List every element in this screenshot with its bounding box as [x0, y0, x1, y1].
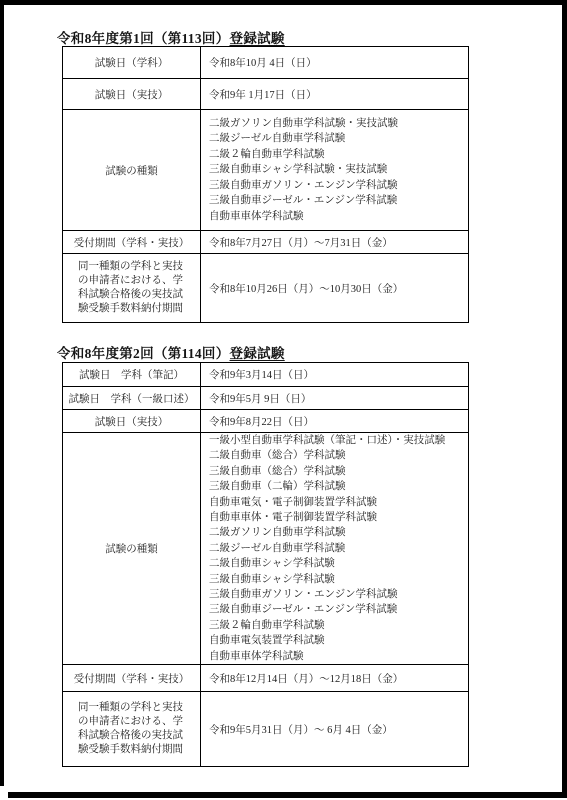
row-label: 試験日（学科）: [63, 47, 201, 79]
row-label: 試験日（実技）: [63, 410, 201, 433]
row-label: 同一種類の学科と実技 の申請者における、学 科試験合格後の実技試 験受験手数料納…: [63, 692, 201, 767]
table-row: 試験日 学科（筆記） 令和9年3月14日（日）: [63, 363, 469, 387]
table-row: 試験日 学科（一級口述） 令和9年5月 9日（日）: [63, 387, 469, 410]
exam-type-item: 三級自動車ジーゼル・エンジン学科試験: [209, 602, 464, 617]
exam-type-item: 三級自動車ガソリン・エンジン学科試験: [209, 587, 464, 602]
exam-type-item: 三級自動車シャシ学科試験: [209, 572, 464, 587]
row-label: 試験日 学科（筆記）: [63, 363, 201, 387]
exam-type-item: 自動車車体学科試験: [209, 649, 464, 664]
row-value: 一級小型自動車学科試験（筆記・口述）・実技試験 二級自動車（総合）学科試験 三級…: [201, 433, 469, 665]
scan-edge-bottom: [8, 792, 567, 798]
exam-type-item: 自動車車体・電子制御装置学科試験: [209, 510, 464, 525]
table-row: 同一種類の学科と実技 の申請者における、学 科試験合格後の実技試 験受験手数料納…: [63, 254, 469, 323]
table-row: 試験日（実技） 令和9年8月22日（日）: [63, 410, 469, 433]
row-value: 令和8年10月 4日（日）: [201, 47, 469, 79]
row-label-line: 同一種類の学科と実技: [78, 260, 200, 274]
exam-type-item: 一級小型自動車学科試験（筆記・口述）・実技試験: [209, 433, 464, 448]
row-label: 試験の種類: [63, 433, 201, 665]
row-label: 試験の種類: [63, 110, 201, 231]
exam-type-item: 二級２輪自動車学科試験: [209, 147, 464, 162]
exam-type-item: 二級ガソリン自動車学科試験・実技試験: [209, 116, 464, 131]
exam-type-item: 自動車電気装置学科試験: [209, 633, 464, 648]
scan-edge-right: [562, 0, 567, 796]
exam-type-item: 三級自動車ジーゼル・エンジン学科試験: [209, 193, 464, 208]
row-value: 令和9年3月14日（日）: [201, 363, 469, 387]
row-label-line: 科試験合格後の実技試: [78, 729, 200, 743]
row-value: 令和8年10月26日（月）～10月30日（金）: [201, 254, 469, 323]
row-label: 試験日 学科（一級口述）: [63, 387, 201, 410]
row-label: 受付期間（学科・実技）: [63, 665, 201, 692]
row-label-line: 験受験手数料納付期間: [78, 743, 200, 757]
row-label-line: の申請者における、学: [78, 715, 200, 729]
exam-type-item: 三級自動車シャシ学科試験・実技試験: [209, 162, 464, 177]
row-label-line: 同一種類の学科と実技: [78, 701, 200, 715]
row-value: 令和9年5月 9日（日）: [201, 387, 469, 410]
row-value: 令和8年12月14日（月）～12月18日（金）: [201, 665, 469, 692]
table-row: 受付期間（学科・実技） 令和8年7月27日（月）～7月31日（金）: [63, 231, 469, 254]
scanned-document-page: 令和8年度第1回（第113回）登録試験 試験日（学科） 令和8年10月 4日（日…: [0, 0, 567, 800]
row-value: 令和8年7月27日（月）～7月31日（金）: [201, 231, 469, 254]
exam-schedule-table-1: 試験日（学科） 令和8年10月 4日（日） 試験日（実技） 令和9年 1月17日…: [62, 46, 469, 323]
exam-type-item: 自動車電気・電子制御装置学科試験: [209, 495, 464, 510]
row-label: 同一種類の学科と実技 の申請者における、学 科試験合格後の実技試 験受験手数料納…: [63, 254, 201, 323]
row-label: 受付期間（学科・実技）: [63, 231, 201, 254]
scan-edge-left: [0, 0, 4, 786]
row-value: 二級ガソリン自動車学科試験・実技試験 二級ジーゼル自動車学科試験 二級２輪自動車…: [201, 110, 469, 231]
exam-type-item: 二級自動車シャシ学科試験: [209, 556, 464, 571]
row-label-line: 科試験合格後の実技試: [78, 288, 200, 302]
section-1-title: 令和8年度第1回（第113回）登録試験: [57, 27, 285, 47]
table-row: 同一種類の学科と実技 の申請者における、学 科試験合格後の実技試 験受験手数料納…: [63, 692, 469, 767]
row-value: 令和9年5月31日（月）～ 6月 4日（金）: [201, 692, 469, 767]
table-row: 試験の種類 二級ガソリン自動車学科試験・実技試験 二級ジーゼル自動車学科試験 二…: [63, 110, 469, 231]
exam-type-item: 三級自動車（総合）学科試験: [209, 464, 464, 479]
section-2-title: 令和8年度第2回（第114回）登録試験: [57, 342, 285, 362]
row-value: 令和9年8月22日（日）: [201, 410, 469, 433]
table-row: 試験の種類 一級小型自動車学科試験（筆記・口述）・実技試験 二級自動車（総合）学…: [63, 433, 469, 665]
exam-type-item: 自動車車体学科試験: [209, 209, 464, 224]
row-label-line: の申請者における、学: [78, 274, 200, 288]
row-label-line: 験受験手数料納付期間: [78, 302, 200, 316]
table-row: 試験日（実技） 令和9年 1月17日（日）: [63, 79, 469, 110]
table-row: 試験日（学科） 令和8年10月 4日（日）: [63, 47, 469, 79]
row-value: 令和9年 1月17日（日）: [201, 79, 469, 110]
section-2-title-exam-name: 登録試験: [230, 346, 285, 361]
exam-type-item: 二級ジーゼル自動車学科試験: [209, 541, 464, 556]
section-2-title-prefix: 令和8年度第2回（第114回）: [57, 346, 230, 361]
exam-schedule-table-2: 試験日 学科（筆記） 令和9年3月14日（日） 試験日 学科（一級口述） 令和9…: [62, 362, 469, 767]
section-1-title-prefix: 令和8年度第1回（第113回）: [57, 31, 230, 46]
table-row: 受付期間（学科・実技） 令和8年12月14日（月）～12月18日（金）: [63, 665, 469, 692]
exam-type-item: 二級ガソリン自動車学科試験: [209, 525, 464, 540]
section-1-title-exam-name: 登録試験: [230, 31, 285, 46]
exam-type-item: 三級２輪自動車学科試験: [209, 618, 464, 633]
exam-type-item: 三級自動車（二輪）学科試験: [209, 479, 464, 494]
row-label: 試験日（実技）: [63, 79, 201, 110]
scan-edge-top: [0, 0, 567, 5]
exam-type-item: 二級自動車（総合）学科試験: [209, 448, 464, 463]
exam-type-item: 二級ジーゼル自動車学科試験: [209, 131, 464, 146]
exam-type-item: 三級自動車ガソリン・エンジン学科試験: [209, 178, 464, 193]
